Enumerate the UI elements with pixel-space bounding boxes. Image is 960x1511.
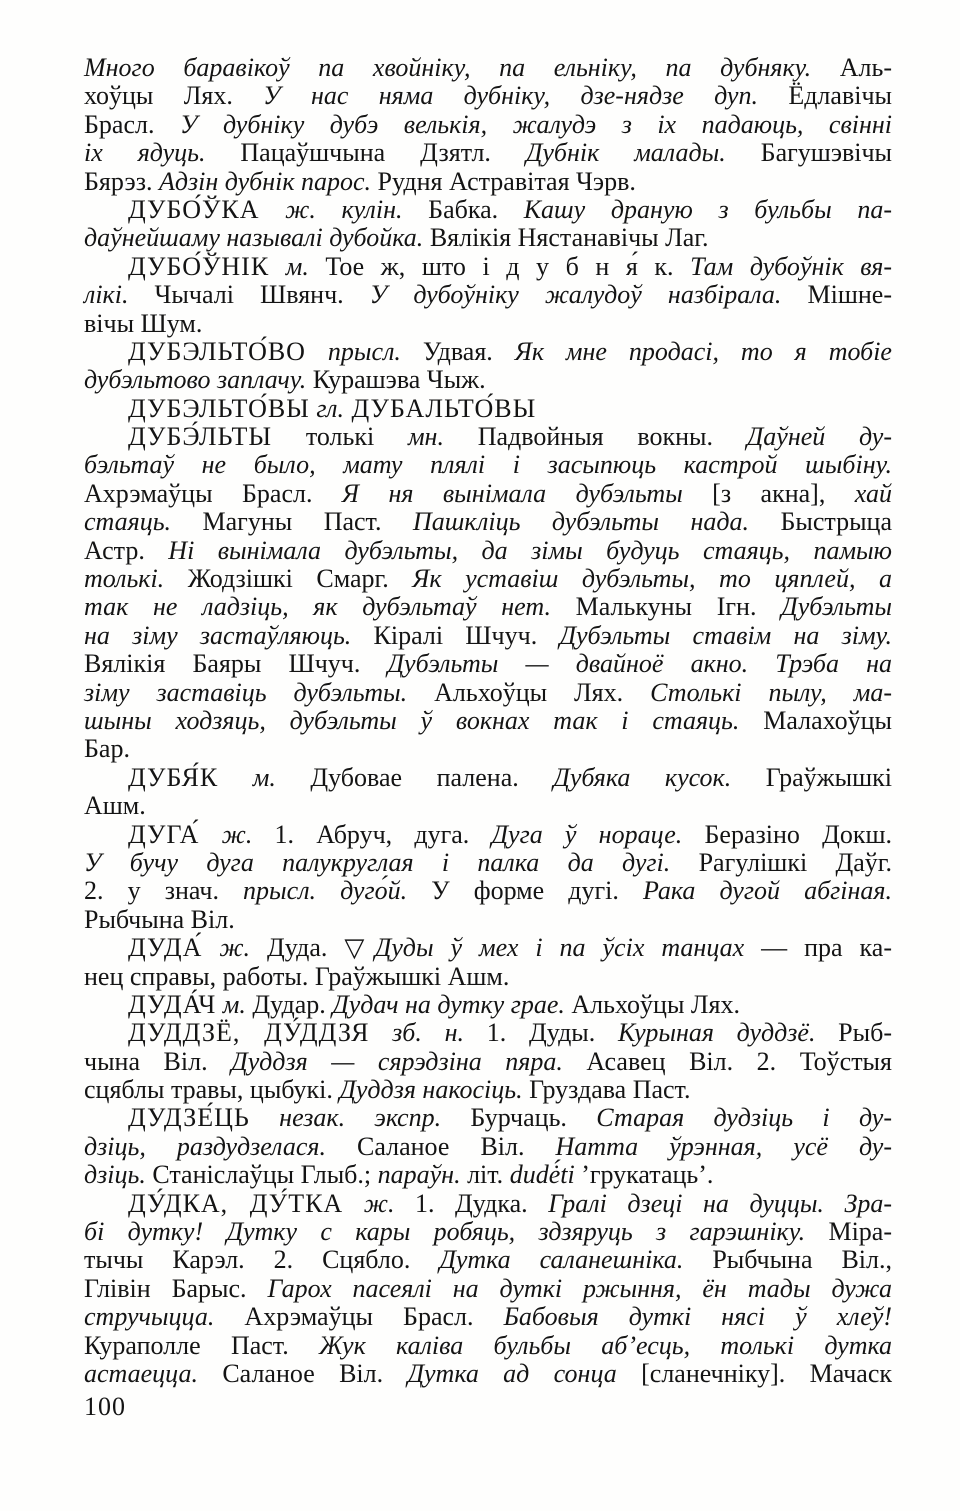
roman-text: Падвойныя вокны.	[444, 422, 713, 451]
italic-text: хай	[825, 479, 892, 508]
headword: ДУБЭ́ЛЬТЫ	[128, 422, 272, 451]
scanned-book-page: { "page": { "number": "100", "paper_colo…	[0, 0, 960, 1511]
text-line: вічы Шум.	[84, 310, 892, 338]
italic-text: лікі.	[84, 280, 128, 309]
headword: ДУДА́	[128, 933, 202, 962]
headword: ДУДЗЕ́ЦЬ	[128, 1103, 250, 1132]
roman-text: Рыбчына Віл.	[84, 905, 235, 934]
roman-text: Чычалі Швянч.	[128, 280, 343, 309]
roman-text: — пра ка-	[744, 933, 892, 962]
italic-text: Дутка ад сонца	[383, 1359, 617, 1388]
italic-text: Я ня вынімала дубэльты	[312, 479, 682, 508]
text-line: зіму заставіць дубэльты. Альхоўцы Лях. С…	[84, 679, 892, 707]
roman-text: Аль-	[811, 53, 892, 82]
text-line: Бар.	[84, 735, 892, 763]
roman-text: Мішне-	[781, 280, 892, 309]
roman-text: Бурчаць.	[441, 1103, 567, 1132]
roman-text: толькі	[272, 422, 374, 451]
roman-text: Тое ж, што і д у б н я́ к.	[309, 252, 674, 281]
text-line: дзіць. Станіслаўцы Глыб.; параўн. літ. d…	[84, 1161, 892, 1189]
italic-text: зіму заставіць дубэльты.	[84, 678, 407, 707]
italic-text: У нас няма дубніку, дзе-нядзе дуп.	[233, 81, 758, 110]
italic-text: Столькі пылу, ма-	[623, 678, 892, 707]
roman-text: 1. Абруч, дуга.	[252, 820, 469, 849]
text-line: ДУБЭЛЬТО́ВЫ гл. ДУБАЛЬТО́ВЫ	[84, 395, 892, 423]
text-line: лікі. Чычалі Швянч. У дубоўніку жалудоў …	[84, 281, 892, 309]
italic-text: Гралі дзеці на дуццы. Зра-	[528, 1189, 892, 1218]
italic-text: бі дутку! Дутку с кары робяць, здзяруць …	[84, 1217, 805, 1246]
roman-text: Кіралі Шчуч.	[351, 621, 537, 650]
text-line: 2. у знач. прысл. дуго́й. У форме дугі. …	[84, 877, 892, 905]
italic-text: стаяць.	[84, 507, 171, 536]
text-line: нец справы, работы. Граўжышкі Ашм.	[84, 963, 892, 991]
roman-text: Брасл.	[84, 110, 154, 139]
text-line: ДУДЗЕ́ЦЬ незак. экспр. Бурчаць. Старая д…	[84, 1104, 892, 1132]
italic-text: Дуддзя — сярэдзіна пяра.	[208, 1047, 563, 1076]
roman-text: чына Віл.	[84, 1047, 208, 1076]
headword: ДУБО́ЎКА	[128, 195, 260, 224]
roman-text: Магуны Паст.	[171, 507, 381, 536]
text-line: Астр. Ні вынімала дубэльты, да зімы буду…	[84, 537, 892, 565]
text-line: толькі. Жодзішкі Смарг. Як уставіш дубэл…	[84, 565, 892, 593]
roman-text: Ахрэмаўцы Брасл.	[84, 479, 312, 508]
roman-text: Дудар.	[246, 990, 326, 1019]
roman-text: Ёдлавічы	[758, 81, 892, 110]
italic-text: dudė́ti	[503, 1160, 575, 1189]
italic-text: ж.	[202, 933, 250, 962]
page-number: 100	[84, 1392, 126, 1422]
italic-text: У дубоўніку жалудоў назбірала.	[344, 280, 782, 309]
italic-text: стручыцца.	[84, 1302, 214, 1331]
italic-text: Як мне продасі, то я тобіе	[493, 337, 892, 366]
text-line: ДУБЭЛЬТО́ВО прысл. Удвая. Як мне продасі…	[84, 338, 892, 366]
roman-text: 1. Дудка.	[394, 1189, 527, 1218]
italic-text: іх ядуць.	[84, 138, 205, 167]
roman-text: ’грукатаць’.	[575, 1160, 714, 1189]
italic-text: прысл. дуго́й.	[219, 876, 407, 905]
italic-text: Жук каліва бульбы аб’есць, толькі дутка	[289, 1331, 892, 1360]
text-line: Глівін Барыс. Гарох пасеялі на дуткі ржы…	[84, 1275, 892, 1303]
roman-text: Беразіно Докш.	[682, 820, 892, 849]
italic-text: Дубэльты	[756, 592, 892, 621]
roman-text: Багушэвічы	[726, 138, 892, 167]
italic-text: Дубэльты ставім на зіму.	[537, 621, 892, 650]
roman-text: Пацаўшчына Дзятл.	[205, 138, 490, 167]
italic-text: Дубяка кусок.	[519, 763, 731, 792]
roman-text: нец справы, работы. Граўжышкі Ашм.	[84, 962, 509, 991]
text-line: бі дутку! Дутку с кары робяць, здзяруць …	[84, 1218, 892, 1246]
text-line: Рыбчына Віл.	[84, 906, 892, 934]
roman-text: Вялікія Баяры Шчуч.	[84, 649, 360, 678]
italic-text: незак. экспр.	[250, 1103, 441, 1132]
text-line: ДУБО́ЎКА ж. кулін. Бабка. Кашу драную з …	[84, 196, 892, 224]
italic-text: Рака дугой абгіная.	[619, 876, 892, 905]
text-line: стаяць. Магуны Паст. Пашкліць дубэльты н…	[84, 508, 892, 536]
text-line: бэльтаў не было, мату плялі і засыпюць к…	[84, 451, 892, 479]
text-line: Много баравікоў па хвойніку, па ельніку,…	[84, 54, 892, 82]
italic-text: Ні вынімала дубэльты, да зімы будуць ста…	[145, 536, 892, 565]
roman-text: Граўжышкі	[731, 763, 892, 792]
italic-text: ж. кулін.	[260, 195, 403, 224]
roman-text: Глівін Барыс.	[84, 1274, 247, 1303]
italic-text: дзіць.	[84, 1160, 146, 1189]
italic-text: толькі.	[84, 564, 164, 593]
roman-text: [з акна],	[683, 479, 826, 508]
italic-text: Дуга ў нораце.	[469, 820, 682, 849]
text-line: ДУДДЗЁ, ДУ́ДДЗЯ зб. н. 1. Дуды. Курыная …	[84, 1019, 892, 1047]
italic-text: бэльтаў не было, мату плялі і засыпюць к…	[84, 450, 892, 479]
italic-text: Там дубоўнік вя-	[674, 252, 892, 281]
italic-text: м.	[216, 990, 246, 1019]
italic-text: У бучу дуга палукруглая і палка да дугі.	[84, 848, 670, 877]
text-line: ДУБЭ́ЛЬТЫ толькі мн. Падвойныя вокны. Да…	[84, 423, 892, 451]
italic-text: Дубэльты — двайноё акно. Трэба на	[360, 649, 892, 678]
headword: ДУ́ДКА, ДУ́ТКА	[128, 1189, 343, 1218]
roman-text: Бярэз.	[84, 167, 152, 196]
italic-text: Дубнік малады.	[491, 138, 726, 167]
text-line: ДУДА́ ж. Дуда. ▽Дуды ў мех і па ўсіх тан…	[84, 934, 892, 962]
italic-text: ж.	[343, 1189, 394, 1218]
italic-text: так не ладзіць, як дубэльтаў нет.	[84, 592, 551, 621]
headword: ДУДА́Ч	[128, 990, 216, 1019]
roman-text: Быстрыца	[749, 507, 892, 536]
italic-text: Много баравікоў па хвойніку, па ельніку,…	[84, 53, 811, 82]
roman-text: Саланое Віл.	[326, 1132, 525, 1161]
text-line: ДУБЯ́К м. Дубовае палена. Дубяка кусок. …	[84, 764, 892, 792]
roman-text: Кураполле Паст.	[84, 1331, 289, 1360]
text-line: тычы Карэл. 2. Сцябло. Дутка саланешніка…	[84, 1246, 892, 1274]
italic-text: шыны ходзяць, дубэльты ў вокнах так і ст…	[84, 706, 739, 735]
roman-text: Малькуны Ігн.	[551, 592, 757, 621]
italic-text: м.	[269, 252, 309, 281]
headword: ДУГА́	[128, 820, 199, 849]
roman-text: Рагулішкі Даўг.	[670, 848, 892, 877]
italic-text: Як уставіш дубэльты, то цяплей, а	[389, 564, 892, 593]
italic-text: даўнейшаму называлі дубойка.	[84, 223, 423, 252]
roman-text: Саланое Віл.	[198, 1359, 383, 1388]
italic-text: на зіму застаўляюць.	[84, 621, 351, 650]
roman-text: Дубовае палена.	[276, 763, 519, 792]
roman-text: Альхоўцы Лях.	[565, 990, 740, 1019]
text-line: Ахрэмаўцы Брасл. Я ня вынімала дубэльты …	[84, 480, 892, 508]
roman-text: Курашэва Чыж.	[306, 365, 485, 394]
headword: ДУДДЗЁ, ДУ́ДДЗЯ	[128, 1018, 369, 1047]
italic-text: м.	[218, 763, 276, 792]
text-line: Брасл. У дубніку дубэ велькія, жалудэ з …	[84, 111, 892, 139]
italic-text: Старая дудзіць і ду-	[567, 1103, 892, 1132]
text-line: Кураполле Паст. Жук каліва бульбы аб’есц…	[84, 1332, 892, 1360]
roman-text: Дуда. ▽	[250, 933, 375, 962]
italic-text: У дубніку дубэ велькія, жалудэ з іх пада…	[154, 110, 892, 139]
roman-text: вічы Шум.	[84, 309, 202, 338]
text-line: так не ладзіць, як дубэльтаў нет. Мальку…	[84, 593, 892, 621]
roman-text: Асавец Віл. 2. Тоўстыя	[563, 1047, 892, 1076]
roman-text: Альхоўцы Лях.	[407, 678, 623, 707]
italic-text: Дудач на дутку грае.	[326, 990, 565, 1019]
roman-text: Рудня Астравітая Чэрв.	[371, 167, 636, 196]
italic-text: Адзін дубнік парос.	[152, 167, 371, 196]
roman-text: Ахрэмаўцы Брасл.	[214, 1302, 473, 1331]
text-line: чына Віл. Дуддзя — сярэдзіна пяра. Асаве…	[84, 1048, 892, 1076]
roman-text: тычы Карэл. 2. Сцябло.	[84, 1245, 410, 1274]
text-line: іх ядуць. Пацаўшчына Дзятл. Дубнік малад…	[84, 139, 892, 167]
roman-text: Міра-	[805, 1217, 892, 1246]
roman-text: хоўцы Лях.	[84, 81, 233, 110]
text-line: Ашм.	[84, 792, 892, 820]
headword: ДУБАЛЬТО́ВЫ	[344, 394, 536, 423]
italic-text: Гарох пасеялі на дуткі ржыння, ён тады д…	[247, 1274, 892, 1303]
italic-text: параўн.	[371, 1160, 460, 1189]
text-line: шыны ходзяць, дубэльты ў вокнах так і ст…	[84, 707, 892, 735]
headword: ДУБО́ЎНІК	[128, 252, 269, 281]
italic-text: Кашу драную з бульбы па-	[498, 195, 892, 224]
text-line: У бучу дуга палукруглая і палка да дугі.…	[84, 849, 892, 877]
italic-text: Даўней ду-	[713, 422, 892, 451]
italic-text: Натта ўрэнная, усё ду-	[524, 1132, 892, 1161]
roman-text: [сланечніку]. Мачаск	[617, 1359, 892, 1388]
text-line: ДУГА́ ж. 1. Абруч, дуга. Дуга ў нораце. …	[84, 821, 892, 849]
text-line: Вялікія Баяры Шчуч. Дубэльты — двайноё а…	[84, 650, 892, 678]
roman-text: Рыб-	[815, 1018, 892, 1047]
italic-text: мн.	[374, 422, 444, 451]
text-block: Много баравікоў па хвойніку, па ельніку,…	[84, 54, 892, 1388]
roman-text: Вялікія Нястанавічы Лаг.	[423, 223, 708, 252]
roman-text: Ашм.	[84, 791, 146, 820]
text-line: ДУДА́Ч м. Дудар. Дудач на дутку грае. Ал…	[84, 991, 892, 1019]
roman-text: Станіслаўцы Глыб.;	[146, 1160, 371, 1189]
text-line: дзіць, раздудзелася. Саланое Віл. Натта …	[84, 1133, 892, 1161]
roman-text: Астр.	[84, 536, 145, 565]
text-line: астаецца. Саланое Віл. Дутка ад сонца [с…	[84, 1360, 892, 1388]
roman-text: Бабка.	[402, 195, 498, 224]
italic-text: дубэльтово заплачу.	[84, 365, 306, 394]
dictionary-page: Много баравікоў па хвойніку, па ельніку,…	[0, 0, 960, 1511]
roman-text: 1. Дуды.	[464, 1018, 595, 1047]
roman-text: Рыбчына Віл.,	[683, 1245, 892, 1274]
roman-text: літ.	[461, 1160, 504, 1189]
roman-text: Груздава Паст.	[523, 1075, 691, 1104]
italic-text: Дуды ў мех і па ўсіх танцах	[375, 933, 744, 962]
italic-text: дзіць, раздудзелася.	[84, 1132, 326, 1161]
headword: ДУБЭЛЬТО́ВЫ	[128, 394, 310, 423]
roman-text: 2. у знач.	[84, 876, 219, 905]
roman-text: У форме дугі.	[407, 876, 619, 905]
italic-text: Бабовыя дуткі нясі ў хлеў!	[474, 1302, 892, 1331]
roman-text: Удвая.	[401, 337, 493, 366]
text-line: дубэльтово заплачу. Курашэва Чыж.	[84, 366, 892, 394]
text-line: Бярэз. Адзін дубнік парос. Рудня Астраві…	[84, 168, 892, 196]
italic-text: Дутка саланешніка.	[410, 1245, 683, 1274]
headword: ДУБЯ́К	[128, 763, 218, 792]
italic-text: ж.	[199, 820, 252, 849]
roman-text: сцяблы травы, цыбукі.	[84, 1075, 333, 1104]
italic-text: Курыная дуддзё.	[595, 1018, 815, 1047]
italic-text: прысл.	[306, 337, 401, 366]
roman-text: Бар.	[84, 734, 130, 763]
italic-text: Дуддзя накосіць.	[333, 1075, 523, 1104]
roman-text: Малахоўцы	[739, 706, 892, 735]
roman-text: Жодзішкі Смарг.	[164, 564, 389, 593]
headword: ДУБЭЛЬТО́ВО	[128, 337, 306, 366]
text-line: хоўцы Лях. У нас няма дубніку, дзе-нядзе…	[84, 82, 892, 110]
text-line: даўнейшаму называлі дубойка. Вялікія Няс…	[84, 224, 892, 252]
italic-text: астаецца.	[84, 1359, 198, 1388]
italic-text: зб. н.	[369, 1018, 464, 1047]
text-line: сцяблы травы, цыбукі. Дуддзя накосіць. Г…	[84, 1076, 892, 1104]
text-line: ДУБО́ЎНІК м. Тое ж, што і д у б н я́ к. …	[84, 253, 892, 281]
text-line: ДУ́ДКА, ДУ́ТКА ж. 1. Дудка. Гралі дзеці …	[84, 1190, 892, 1218]
italic-text: Пашкліць дубэльты нада.	[381, 507, 749, 536]
italic-text: гл.	[310, 394, 344, 423]
text-line: на зіму застаўляюць. Кіралі Шчуч. Дубэль…	[84, 622, 892, 650]
text-line: стручыцца. Ахрэмаўцы Брасл. Бабовыя дутк…	[84, 1303, 892, 1331]
